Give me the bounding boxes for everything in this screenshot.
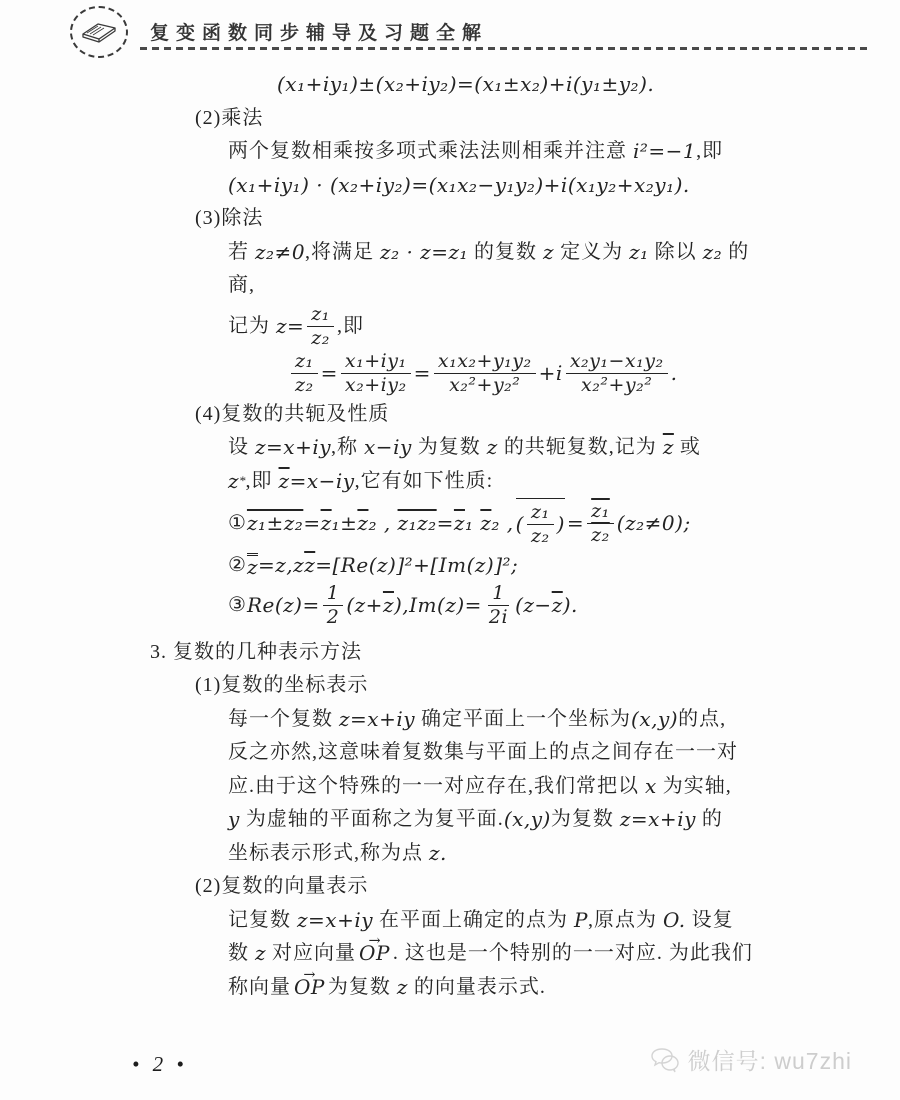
math-run: (x₁+iy₁)±(x₂+iy₂)=(x₁±x₂)+i(y₁±y₂). (277, 72, 654, 97)
page-number: • 2 • (132, 1052, 188, 1077)
doc-line: ①z₁±z₂=z₁±z₂ , z₁z₂=z₁ z₂ ,(z₁z₂)=z₁z₂(z… (228, 498, 900, 549)
fraction-denominator: z₂ (291, 374, 318, 396)
doc-line: 3. 复数的几种表示方法 (150, 636, 900, 670)
text-run: 除以 (649, 240, 703, 265)
doc-line: 若 z₂≠0,将满足 z₂ · z=z₁ 的复数 z 定义为 z₁ 除以 z₂ … (228, 236, 900, 270)
fraction-denominator: z₂ (587, 524, 614, 546)
text-run: 对应向量 (266, 941, 356, 966)
fraction: 12 (323, 583, 344, 629)
math-run: ₂ , (491, 511, 513, 536)
fraction-denominator: z₂ (527, 525, 554, 547)
math-run: ₁ (465, 511, 480, 536)
text-run: 应.由于这个特殊的一一对应存在,我们常把以 (228, 774, 645, 799)
doc-line: (4)复数的共轭及性质 (195, 398, 900, 432)
doc-line: 记复数 z=x+iy 在平面上确定的点为 P,原点为 O. 设复 (228, 904, 900, 938)
text-run: 每一个复数 (228, 707, 339, 732)
math-run: =z,z (258, 553, 304, 578)
text-run: 确定平面上一个坐标为 (415, 707, 631, 732)
text-run: ,即 (246, 469, 279, 494)
math-run: (z− (515, 593, 552, 618)
overline-math: z (321, 511, 332, 536)
text-run: 记复数 (228, 908, 297, 933)
math-run: = (303, 511, 320, 536)
text-run: 坐标表示形式,称为点 (228, 841, 429, 866)
math-run: z₂ (703, 240, 723, 265)
fraction-denominator: x₂+iy₂ (341, 374, 411, 396)
math-run: z= (276, 314, 304, 339)
math-run: ₁± (332, 511, 358, 536)
text-run: 记为 (228, 314, 276, 339)
fraction-numerator: z₁ (307, 304, 334, 327)
math-run: (x₁+iy₁) · (x₂+iy₂)=(x₁x₂−y₁y₂)+i(x₁y₂+x… (228, 173, 690, 198)
math-run: x (645, 774, 657, 799)
overline-math: z (480, 511, 491, 536)
doc-line: (2)乘法 (195, 102, 900, 136)
text-run: 的 (722, 240, 749, 265)
text-run: 两个复数相乘按多项式乘法法则相乘并注意 (228, 139, 633, 164)
fraction-numerator: z₁ (291, 351, 318, 374)
text-run: 的复数 (468, 240, 543, 265)
text-run: 为实轴, (657, 774, 732, 799)
overline-math: z (279, 469, 290, 494)
fraction: z₁z₂ (527, 502, 554, 548)
doc-line: y 为虚轴的平面称之为复平面.(x,y)为复数 z=x+iy 的 (228, 803, 900, 837)
text-run: (4)复数的共轭及性质 (195, 402, 389, 427)
math-run: z₂ · z=z₁ (380, 240, 468, 265)
wechat-bubbles-icon (650, 1047, 680, 1073)
fraction: x₁x₂+y₁y₂x₂²+y₂² (434, 351, 536, 397)
fraction: z₁z₂ (291, 351, 318, 397)
doc-line: 记为 z=z₁z₂,即 (228, 303, 900, 351)
watermark-text: 微信号: wu7zhi (688, 1043, 852, 1076)
doc-line: 每一个复数 z=x+iy 确定平面上一个坐标为(x,y)的点, (228, 703, 900, 737)
double-overline-math: z (247, 553, 258, 578)
text-run: 为复数 (328, 975, 397, 1000)
text-run: ① (228, 511, 247, 536)
math-run: +i (539, 361, 563, 386)
math-run: ₂ , (368, 511, 397, 536)
math-run: =x−iy (290, 469, 355, 494)
math-run: = (321, 361, 338, 386)
math-run: Re(z)= (247, 593, 320, 618)
math-run: ),Im(z)= (394, 593, 482, 618)
text-run: 3. 复数的几种表示方法 (150, 640, 362, 665)
fraction-denominator: x₂²+y₂² (577, 374, 656, 396)
text-run: 的点, (678, 707, 726, 732)
math-run: i²=−1 (633, 139, 696, 164)
math-run: (x,y) (504, 807, 551, 832)
text-run: 为虚轴的平面称之为复平面. (240, 807, 504, 832)
math-run: y (228, 807, 240, 832)
text-run: (1)复数的坐标表示 (195, 673, 368, 698)
doc-line: ③Re(z)=12(z+z),Im(z)=12i(z−z). (228, 582, 900, 630)
text-run: (2)乘法 (195, 106, 263, 131)
overline-math: z (454, 511, 465, 536)
doc-line: 商, (228, 269, 900, 303)
math-run: (z₂≠0); (617, 511, 691, 536)
fraction: x₂y₁−x₁y₂x₂²+y₂² (566, 351, 668, 397)
fraction-numerator: z₁ (587, 501, 614, 524)
math-run: ) (557, 512, 565, 537)
text-run: ,原点为 (588, 908, 663, 933)
text-run: 的向量表示式. (408, 975, 546, 1000)
math-run: z₂≠0 (255, 240, 305, 265)
math-run: . (671, 361, 678, 386)
text-run: ,即 (696, 139, 723, 164)
math-run: =[Re(z)]²+[Im(z)]²; (315, 553, 518, 578)
doc-line: z₁z₂=x₁+iy₁x₂+iy₂=x₁x₂+y₁y₂x₂²+y₂²+ix₂y₁… (288, 350, 900, 398)
fraction-numerator: x₁x₂+y₁y₂ (434, 351, 536, 374)
overline-math: z₁±z₂ (247, 511, 303, 536)
overline-math: z (304, 553, 315, 578)
doc-line: ②z=z,zz=[Re(z)]²+[Im(z)]²; (228, 549, 900, 583)
doc-line: (2)复数的向量表示 (195, 870, 900, 904)
text-run: ,它有如下性质: (355, 469, 494, 494)
text-run: 在平面上确定的点为 (373, 908, 574, 933)
text-run: 设复 (686, 908, 734, 933)
page-header: 复变函数同步辅导及习题全解 (0, 0, 900, 66)
doc-line: 两个复数相乘按多项式乘法法则相乘并注意 i²=−1,即 (228, 135, 900, 169)
text-run: . 这也是一个特别的一一对应. 为此我们 (393, 941, 753, 966)
text-run: (3)除法 (195, 206, 263, 231)
fraction-numerator: x₂y₁−x₁y₂ (566, 351, 668, 374)
math-run: = (567, 511, 584, 536)
document-body: (x₁+iy₁)±(x₂+iy₂)=(x₁±x₂)+i(y₁±y₂).(2)乘法… (0, 68, 900, 1004)
fraction-numerator: z₁ (527, 502, 554, 525)
text-run: 的共轭复数,记为 (498, 435, 663, 460)
text-run: 商, (228, 273, 255, 298)
fraction-denominator: x₂²+y₂² (445, 374, 524, 396)
doc-line: (x₁+iy₁)±(x₂+iy₂)=(x₁±x₂)+i(y₁±y₂). (277, 68, 900, 102)
math-run: z (543, 240, 554, 265)
text-run: 或 (674, 435, 701, 460)
math-run: z=x+iy (297, 908, 373, 933)
overline-math: z₁z₂ (398, 511, 437, 536)
text-run: (2)复数的向量表示 (195, 874, 368, 899)
math-run: ). (563, 593, 578, 618)
header-divider (140, 47, 872, 50)
math-run: (z+ (346, 593, 383, 618)
doc-line: 称向量OP为复数 z 的向量表示式. (228, 971, 900, 1005)
doc-line: 数 z 对应向量OP. 这也是一个特别的一一对应. 为此我们 (228, 937, 900, 971)
fraction-denominator: z₂ (307, 327, 334, 349)
text-run: ③ (228, 593, 247, 618)
overline-group: (z₁z₂) (516, 498, 565, 549)
math-run: z=x+iy (339, 707, 415, 732)
text-run: 称向量 (228, 975, 291, 1000)
vector-OP: OP (294, 975, 325, 1000)
overline-math: z (663, 435, 674, 460)
text-run: 反之亦然,这意味着复数集与平面上的点之间存在一一对 (228, 740, 738, 765)
math-run: z (255, 941, 266, 966)
text-run: ,称 (331, 435, 364, 460)
math-run: z (397, 975, 408, 1000)
vector-OP: OP (359, 941, 390, 966)
math-run: ( (516, 512, 524, 537)
math-run: z=x+iy (620, 807, 696, 832)
fraction: z₁z₂ (307, 304, 334, 350)
doc-line: (1)复数的坐标表示 (195, 669, 900, 703)
fraction: z₁z₂ (587, 501, 614, 547)
overline-math: z (357, 511, 368, 536)
doc-line: 反之亦然,这意味着复数集与平面上的点之间存在一一对 (228, 736, 900, 770)
math-run: z=x+iy (255, 435, 331, 460)
fraction: 12i (485, 583, 512, 629)
text-run: ,即 (337, 314, 364, 339)
fraction-numerator: 1 (488, 583, 509, 606)
math-run: = (437, 511, 454, 536)
overline-math: z (383, 593, 394, 618)
math-run: O. (663, 908, 686, 933)
fraction-numerator: x₁+iy₁ (341, 351, 411, 374)
math-run: (x,y) (631, 707, 678, 732)
text-run: ,将满足 (305, 240, 380, 265)
text-run: 为复数 (551, 807, 620, 832)
fraction-numerator: 1 (323, 583, 344, 606)
math-run: = (414, 361, 431, 386)
fraction-denominator: 2i (485, 606, 512, 628)
math-run: z (228, 469, 239, 494)
text-run: 为复数 (412, 435, 487, 460)
watermark: 微信号: wu7zhi (650, 1043, 852, 1076)
text-run: 若 (228, 240, 255, 265)
text-run: ② (228, 553, 247, 578)
book-sketch-icon (79, 17, 119, 47)
doc-line: 应.由于这个特殊的一一对应存在,我们常把以 x 为实轴, (228, 770, 900, 804)
math-run: x−iy (364, 435, 412, 460)
math-run: z₁ (629, 240, 649, 265)
overline-math: z (552, 593, 563, 618)
math-run: z. (429, 841, 447, 866)
math-run: z (487, 435, 498, 460)
page-title: 复变函数同步辅导及习题全解 (150, 18, 488, 45)
doc-line: 坐标表示形式,称为点 z. (228, 837, 900, 871)
text-run: 数 (228, 941, 255, 966)
doc-line: z*,即 z=x−iy,它有如下性质: (228, 465, 900, 499)
fraction: x₁+iy₁x₂+iy₂ (341, 351, 411, 397)
text-run: 定义为 (554, 240, 629, 265)
doc-line: 设 z=x+iy,称 x−iy 为复数 z 的共轭复数,记为 z 或 (228, 431, 900, 465)
text-run: 设 (228, 435, 255, 460)
fraction-denominator: 2 (323, 606, 344, 628)
text-run: 的 (696, 807, 723, 832)
book-logo-icon (70, 6, 128, 58)
math-run: P (574, 908, 588, 933)
doc-line: (x₁+iy₁) · (x₂+iy₂)=(x₁x₂−y₁y₂)+i(x₁y₂+x… (228, 169, 900, 203)
doc-line: (3)除法 (195, 202, 900, 236)
